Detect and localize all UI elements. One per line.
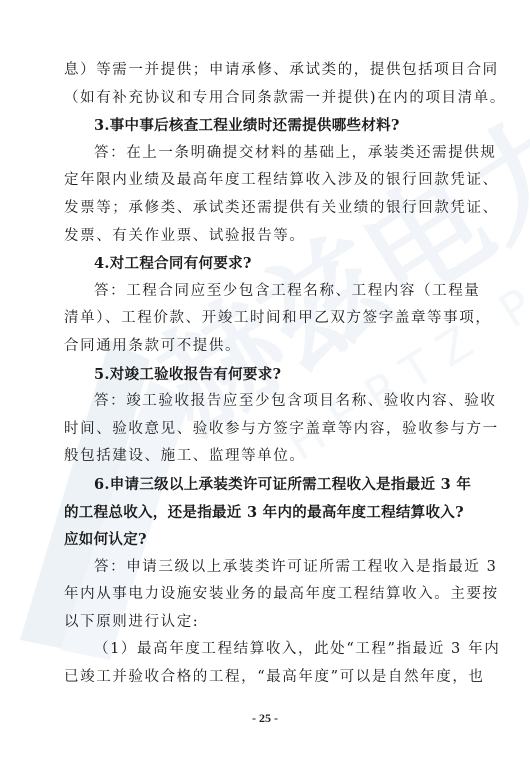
answer-4-line-2: 清单）、工程价款、开竣工时间和甲乙双方签字盖章等事项， — [64, 305, 469, 333]
answer-6-line-4: （1）最高年度工程结算收入，此处“工程”指最近 3 年内 — [64, 636, 469, 664]
document-page: 息）等需一并提供；申请承修、承试类的，提供包括项目合同 （如有补充协议和专用合同… — [64, 57, 469, 692]
answer-6-line-3: 以下原则进行认定: — [64, 609, 469, 637]
answer-3-line-4: 发票、有关作业票、试验报告等。 — [64, 223, 469, 251]
question-6-heading-line-3: 应如何认定? — [64, 526, 469, 554]
answer-5-line-3: 般包括建设、施工、监理等单位。 — [64, 443, 469, 471]
answer-4-line-3: 合同通用条款可不提供。 — [64, 333, 469, 361]
answer-6-line-5: 已竣工并验收合格的工程，“最高年度”可以是自然年度，也 — [64, 664, 469, 692]
question-6-heading-line-1: 6.申请三级以上承装类许可证所需工程收入是指最近 3 年 — [64, 471, 469, 499]
answer-3-line-2: 定年限内业绩及最高年度工程结算收入涉及的银行回款凭证、 — [64, 167, 469, 195]
answer-4-line-1: 答：工程合同应至少包含工程名称、工程内容（工程量 — [64, 278, 469, 306]
answer-6-line-1: 答：申请三级以上承装类许可证所需工程收入是指最近 3 — [64, 554, 469, 582]
answer-5-line-2: 时间、验收意见、验收参与方签字盖章等内容，验收参与方一 — [64, 416, 469, 444]
question-4-heading: 4.对工程合同有何要求? — [64, 250, 469, 278]
question-3-heading: 3.事中事后核查工程业绩时还需提供哪些材料? — [64, 112, 469, 140]
question-5-heading: 5.对竣工验收报告有何要求? — [64, 361, 469, 389]
answer-3-line-1: 答：在上一条明确提交材料的基础上，承装类还需提供规 — [64, 140, 469, 168]
answer-3-line-3: 发票等；承修类、承试类还需提供有关业绩的银行回款凭证、 — [64, 195, 469, 223]
page-number: - 25 - — [0, 711, 530, 726]
answer-5-line-1: 答：竣工验收报告应至少包含项目名称、验收内容、验收 — [64, 388, 469, 416]
answer-6-line-2: 年内从事电力设施安装业务的最高年度工程结算收入。主要按 — [64, 581, 469, 609]
continuation-line-1: 息）等需一并提供；申请承修、承试类的，提供包括项目合同 — [64, 57, 469, 85]
continuation-line-2: （如有补充协议和专用合同条款需一并提供)在内的项目清单。 — [64, 85, 469, 113]
question-6-heading-line-2: 的工程总收入，还是指最近 3 年内的最高年度工程结算收入? — [64, 499, 469, 527]
